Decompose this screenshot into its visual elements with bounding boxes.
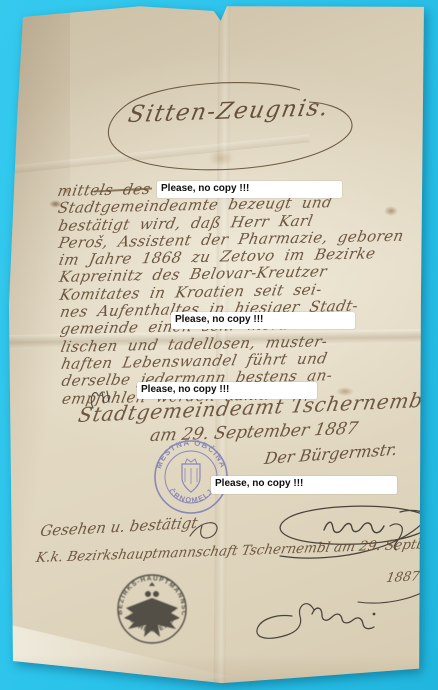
municipal-stamp-top-text: MESTNA OBČINA [154,438,228,470]
official-signature [252,592,382,662]
watermark-text: Please, no copy !!! [175,314,263,325]
svg-text:MESTNA OBČINA: MESTNA OBČINA [154,438,228,470]
watermark-text: Please, no copy !!! [215,478,303,489]
svg-text:ČRNOMELJ: ČRNOMELJ [167,487,215,505]
watermark-box-4: Please, no copy !!! [211,476,397,494]
body-text: mittels des gefertigten Stadtgemeindeamt… [58,174,435,407]
paper-shadow: Sitten-Zeugnis. mittels des gefertigten … [0,0,438,690]
district-stamp: K. K. BEZIRKS-HAUPTMANNSCHAFT TSCHERNEMB… [112,568,192,650]
watermark-text: Please, no copy !!! [141,384,229,395]
municipal-stamp-bottom-text: ČRNOMELJ [167,487,215,505]
watermark-box-2: Please, no copy !!! [171,312,355,329]
watermark-box-1: Please, no copy !!! [157,181,342,198]
watermark-text: Please, no copy !!! [161,183,249,194]
confirmation-paraph [186,516,230,544]
left-edge-shading [0,0,70,690]
confirmation-line: Gesehen u. bestätigt [40,514,198,540]
mayor-title: Der Bürgermstr. [264,440,398,468]
watermark-box-3: Please, no copy !!! [137,382,317,399]
document-paper: Sitten-Zeugnis. mittels des gefertigten … [0,0,438,690]
photograph-of-document: Sitten-Zeugnis. mittels des gefertigten … [0,0,438,690]
